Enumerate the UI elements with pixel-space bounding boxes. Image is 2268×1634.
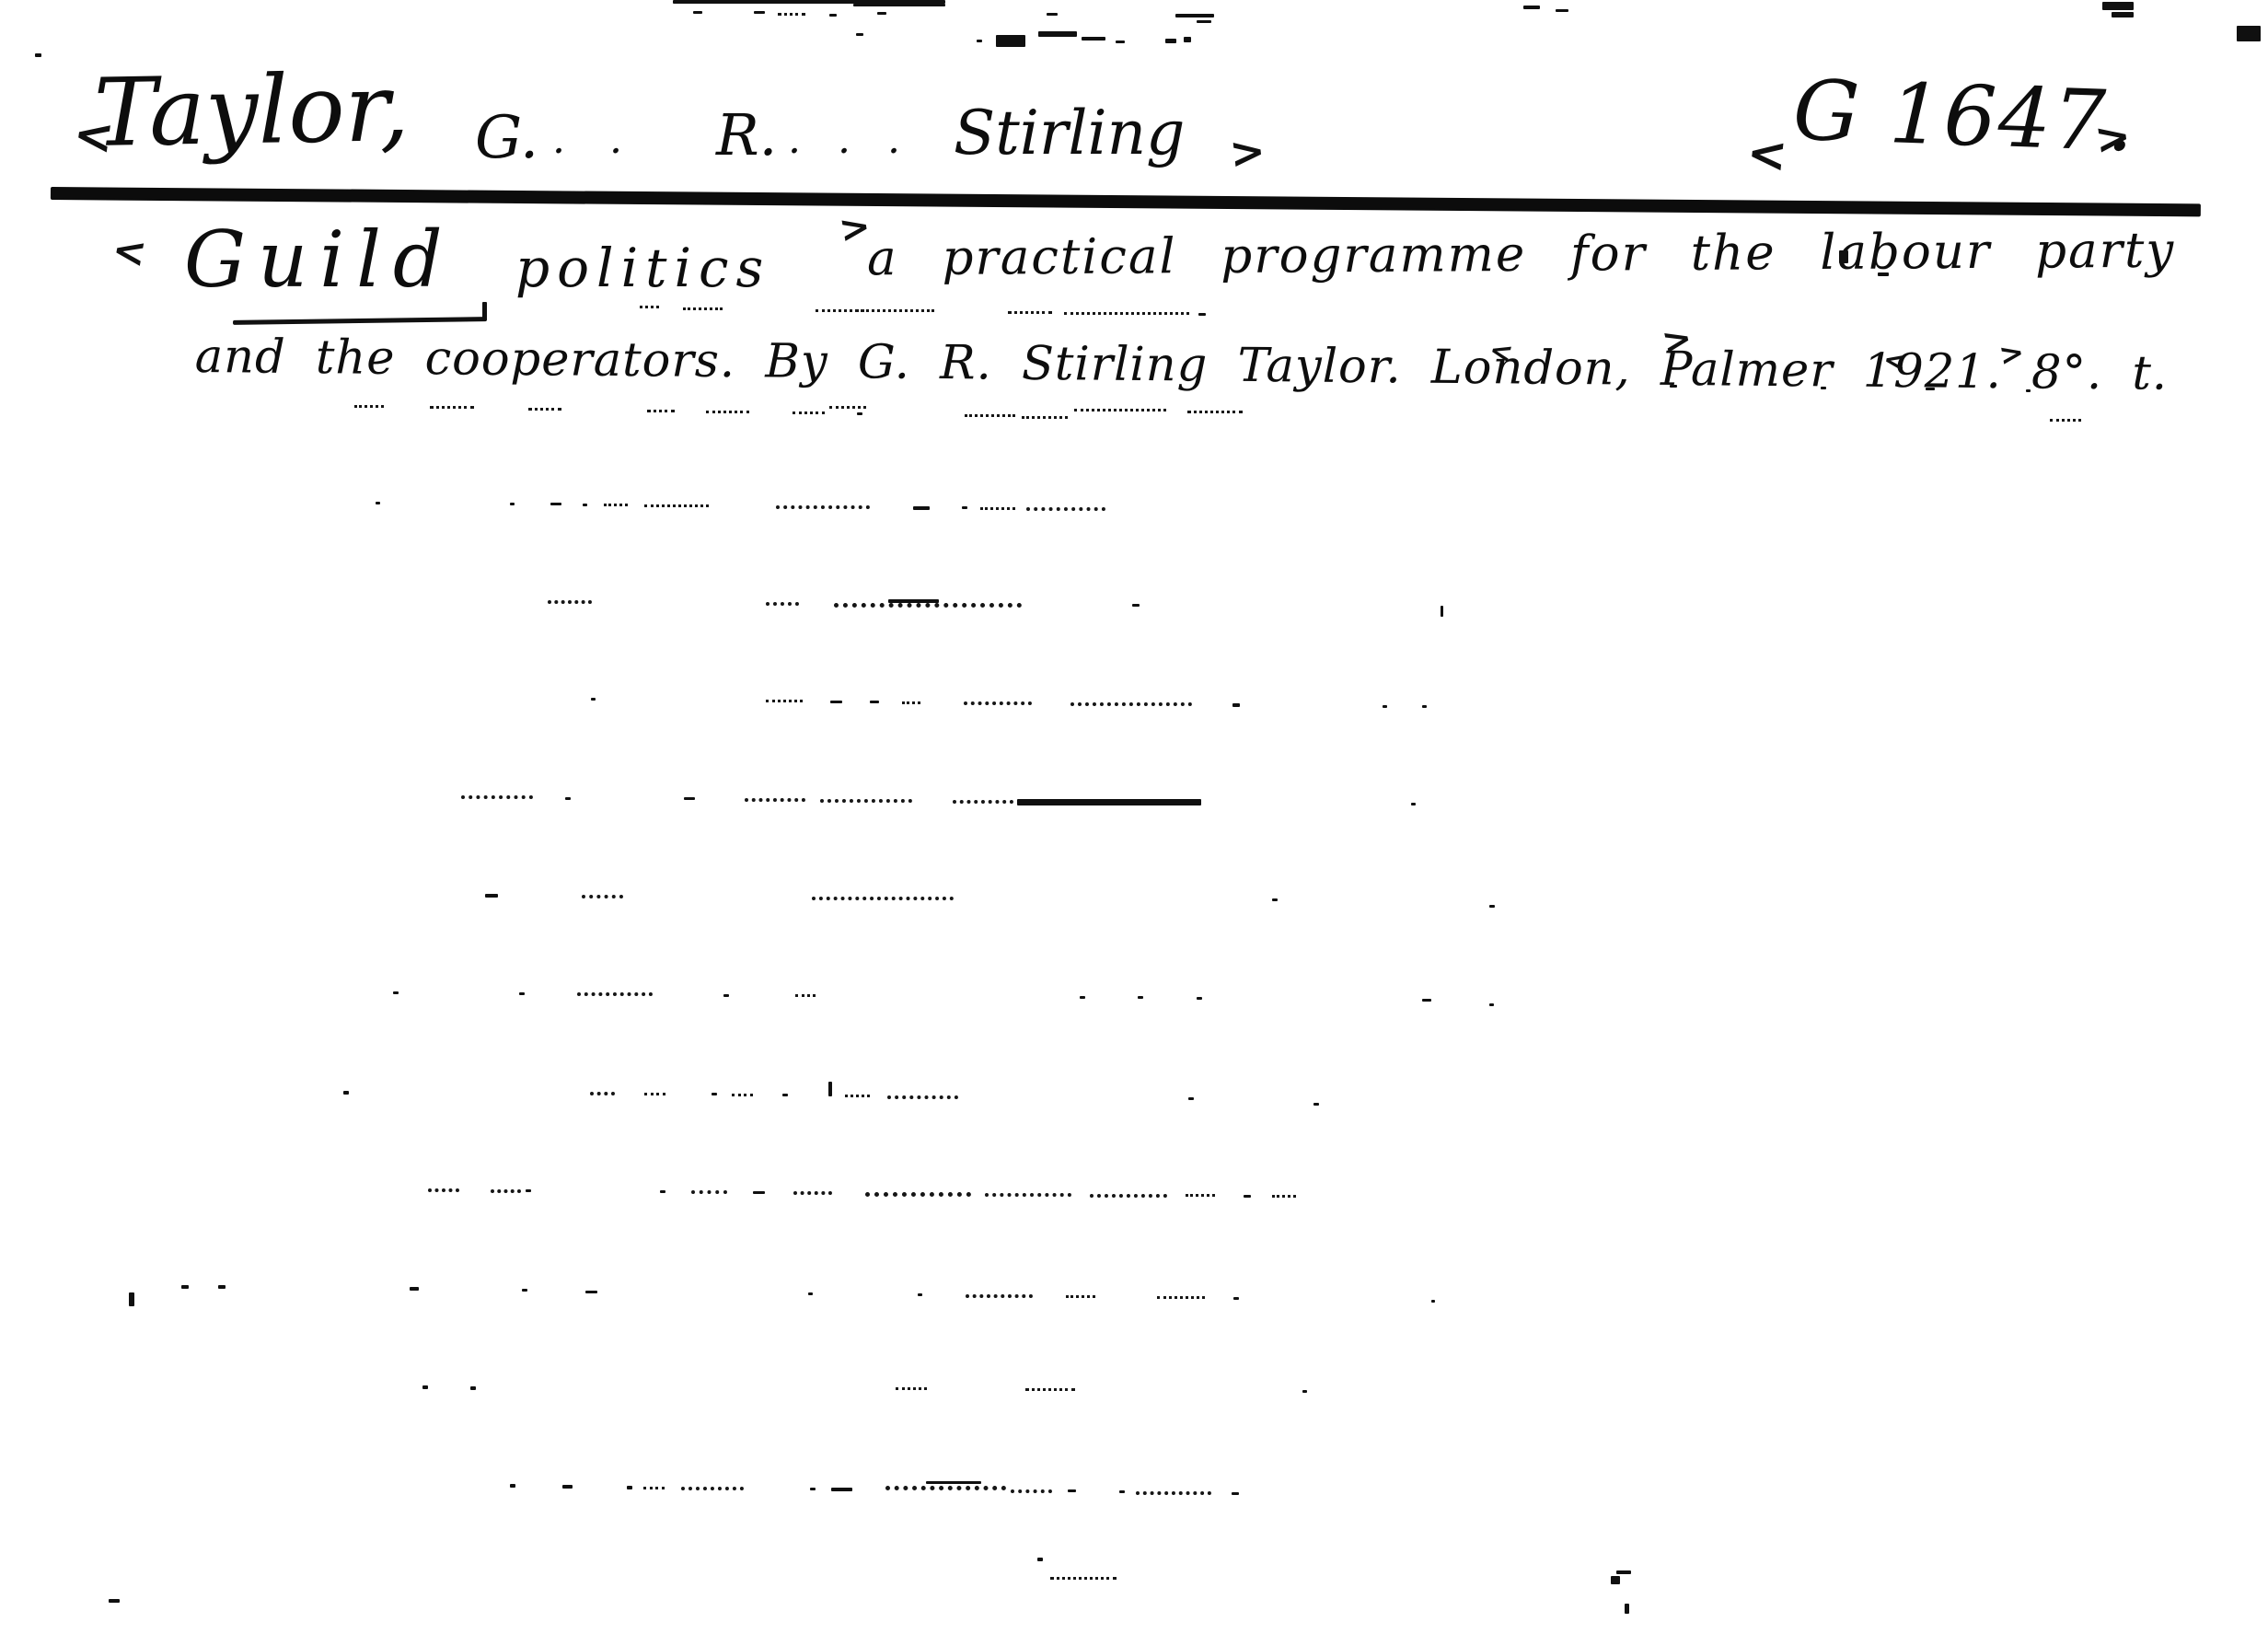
scan-speck	[1670, 385, 1677, 388]
scan-speck	[410, 1287, 419, 1291]
scan-speck	[647, 410, 675, 412]
scan-speck	[1064, 312, 1189, 315]
scan-speck	[870, 701, 879, 703]
scan-speck	[745, 798, 805, 802]
scan-speck	[829, 14, 837, 17]
scan-speck	[1441, 606, 1443, 617]
scan-speck	[510, 1484, 515, 1488]
scan-speck	[1422, 999, 1431, 1002]
scan-speck	[1050, 1577, 1117, 1580]
scan-speck	[604, 504, 628, 506]
scan-speck	[591, 698, 596, 701]
scan-speck	[1244, 1195, 1251, 1198]
scan-speck	[888, 599, 939, 603]
scan-speck	[376, 502, 380, 504]
scan-speck	[1431, 1300, 1435, 1303]
scan-speck	[1188, 1097, 1194, 1100]
scan-speck	[2112, 12, 2134, 17]
scan-speck	[865, 1192, 971, 1197]
scan-speck	[1068, 1489, 1076, 1492]
scan-speck	[810, 1488, 816, 1490]
scan-speck	[1037, 1558, 1043, 1561]
scan-speck	[1422, 705, 1427, 708]
scan-speck	[1197, 997, 1202, 1000]
scan-speck	[109, 1599, 120, 1603]
scan-speck	[683, 307, 723, 310]
scan-speck	[590, 1092, 615, 1095]
scan-speck	[962, 506, 967, 509]
scan-speck	[627, 1486, 632, 1489]
scan-speck	[1625, 1604, 1629, 1614]
scan-speck	[1080, 996, 1085, 999]
scan-speck	[577, 992, 653, 996]
scan-speck	[853, 4, 945, 6]
scanned-catalog-card: { "heading": { "bracket_open": "<", "sur…	[0, 0, 2268, 1634]
scan-speck	[1136, 1491, 1211, 1495]
scan-speck	[2050, 419, 2081, 422]
scan-speck	[1132, 604, 1140, 607]
scan-speck	[1821, 387, 1826, 389]
scan-speck	[522, 1289, 527, 1292]
scan-speck	[129, 1292, 134, 1306]
scan-speck	[902, 701, 920, 704]
scan-speck	[1119, 1490, 1125, 1493]
scan-speck	[753, 1191, 765, 1194]
scan-speck	[1302, 1390, 1307, 1393]
scan-speck	[885, 1486, 1006, 1490]
scan-speck	[820, 799, 912, 803]
scan-speck	[1011, 1489, 1052, 1493]
scan-speck	[966, 1294, 1033, 1298]
scan-speck	[1090, 1194, 1167, 1198]
scan-speck	[926, 1481, 981, 1484]
scan-speck	[896, 1387, 927, 1390]
scan-speck	[985, 1193, 1071, 1197]
scan-speck	[1008, 311, 1052, 314]
scan-noise-layer	[0, 0, 2268, 1634]
scan-speck	[660, 1190, 665, 1193]
scan-speck	[2237, 26, 2261, 41]
scan-speck	[1175, 14, 1214, 17]
scan-speck	[548, 600, 592, 604]
scan-speck	[1070, 702, 1192, 706]
scan-speck	[723, 994, 729, 997]
scan-speck	[1556, 9, 1568, 12]
scan-speck	[644, 504, 709, 507]
scan-speck	[1157, 1296, 1205, 1299]
scan-speck	[857, 412, 862, 415]
scan-speck	[766, 602, 799, 606]
scan-speck	[1272, 898, 1278, 901]
scan-speck	[1233, 1297, 1239, 1300]
scan-speck	[1616, 1570, 1631, 1574]
scan-speck	[1611, 1576, 1620, 1584]
scan-speck	[732, 1094, 753, 1096]
scan-speck	[782, 1094, 788, 1096]
scan-speck	[996, 35, 1025, 47]
scan-speck	[812, 897, 954, 900]
scan-speck	[1839, 250, 1848, 263]
scan-speck	[1198, 313, 1206, 316]
scan-speck	[691, 1190, 727, 1194]
scan-speck	[2026, 389, 2031, 392]
scan-speck	[393, 991, 399, 994]
scan-speck	[1313, 1103, 1319, 1106]
scan-speck	[644, 1093, 665, 1095]
scan-speck	[510, 503, 515, 505]
scan-speck	[845, 1095, 870, 1097]
scan-speck	[1026, 507, 1105, 511]
scan-speck	[795, 994, 816, 997]
scan-speck	[754, 11, 765, 14]
scan-speck	[343, 1091, 349, 1095]
scan-speck	[681, 1487, 744, 1490]
scan-speck	[1047, 13, 1058, 16]
scan-speck	[828, 1082, 832, 1096]
scan-speck	[1197, 20, 1211, 23]
scan-speck	[776, 505, 870, 509]
scan-speck	[977, 40, 982, 42]
scan-speck	[1038, 31, 1077, 37]
scan-speck	[834, 603, 1022, 608]
scan-speck	[830, 701, 842, 703]
scan-speck	[816, 309, 864, 312]
scan-speck	[550, 503, 561, 505]
scan-speck	[428, 1188, 459, 1192]
scan-speck	[693, 11, 702, 14]
scan-speck	[1523, 6, 1540, 9]
scan-speck	[808, 1292, 813, 1295]
scan-speck	[1022, 416, 1068, 419]
scan-speck	[965, 414, 1015, 417]
scan-speck	[1878, 272, 1889, 276]
scan-speck	[1165, 39, 1176, 43]
scan-speck	[1232, 703, 1240, 707]
scan-speck	[1025, 1388, 1075, 1391]
scan-speck	[430, 406, 474, 409]
scan-speck	[354, 405, 384, 408]
scan-speck	[829, 406, 866, 409]
scan-speck	[640, 306, 659, 308]
scan-speck	[485, 894, 498, 898]
scan-speck	[1066, 1295, 1095, 1298]
scan-speck	[918, 1293, 922, 1296]
scan-speck	[181, 1285, 189, 1289]
scan-speck	[831, 1488, 852, 1491]
scan-speck	[953, 800, 1013, 804]
scan-speck	[461, 795, 533, 799]
scan-speck	[528, 408, 561, 411]
scan-speck	[1489, 1003, 1494, 1006]
scan-speck	[583, 504, 587, 506]
scan-speck	[218, 1285, 226, 1289]
scan-speck	[1074, 409, 1166, 411]
scan-speck	[980, 507, 1015, 510]
scan-speck	[877, 12, 886, 15]
scan-speck	[856, 33, 863, 36]
scan-speck	[1138, 996, 1143, 999]
scan-speck	[1232, 1492, 1239, 1495]
scan-speck	[778, 13, 805, 16]
scan-speck	[712, 1093, 717, 1095]
scan-speck	[964, 701, 1032, 705]
scan-speck	[643, 1487, 665, 1489]
scan-speck	[1082, 37, 1105, 41]
scan-speck	[562, 1485, 573, 1489]
scan-speck	[1272, 1195, 1296, 1198]
scan-speck	[766, 700, 803, 702]
scan-speck	[1116, 41, 1125, 43]
scan-speck	[491, 1189, 521, 1193]
scan-speck	[1186, 1194, 1215, 1197]
scan-speck	[565, 797, 571, 800]
scan-speck	[526, 1189, 531, 1192]
scan-speck	[1383, 705, 1387, 708]
scan-speck	[1489, 905, 1495, 908]
scan-speck	[793, 1191, 832, 1195]
scan-speck	[470, 1386, 476, 1390]
scan-speck	[856, 309, 934, 312]
scan-speck	[582, 895, 623, 898]
scan-speck	[684, 797, 695, 800]
scan-speck	[35, 53, 41, 57]
scan-speck	[793, 411, 825, 414]
scan-speck	[706, 411, 749, 413]
scan-speck	[913, 506, 930, 510]
scan-speck	[1184, 37, 1191, 42]
scan-speck	[1017, 799, 1201, 805]
scan-speck	[1411, 803, 1416, 805]
scan-speck	[2102, 2, 2134, 10]
scan-speck	[887, 1095, 958, 1099]
scan-speck	[422, 1385, 428, 1389]
scan-speck	[585, 1291, 597, 1293]
scan-speck	[482, 302, 487, 320]
scan-speck	[519, 992, 525, 995]
scan-speck	[1187, 411, 1243, 413]
scan-speck	[1926, 388, 1935, 390]
